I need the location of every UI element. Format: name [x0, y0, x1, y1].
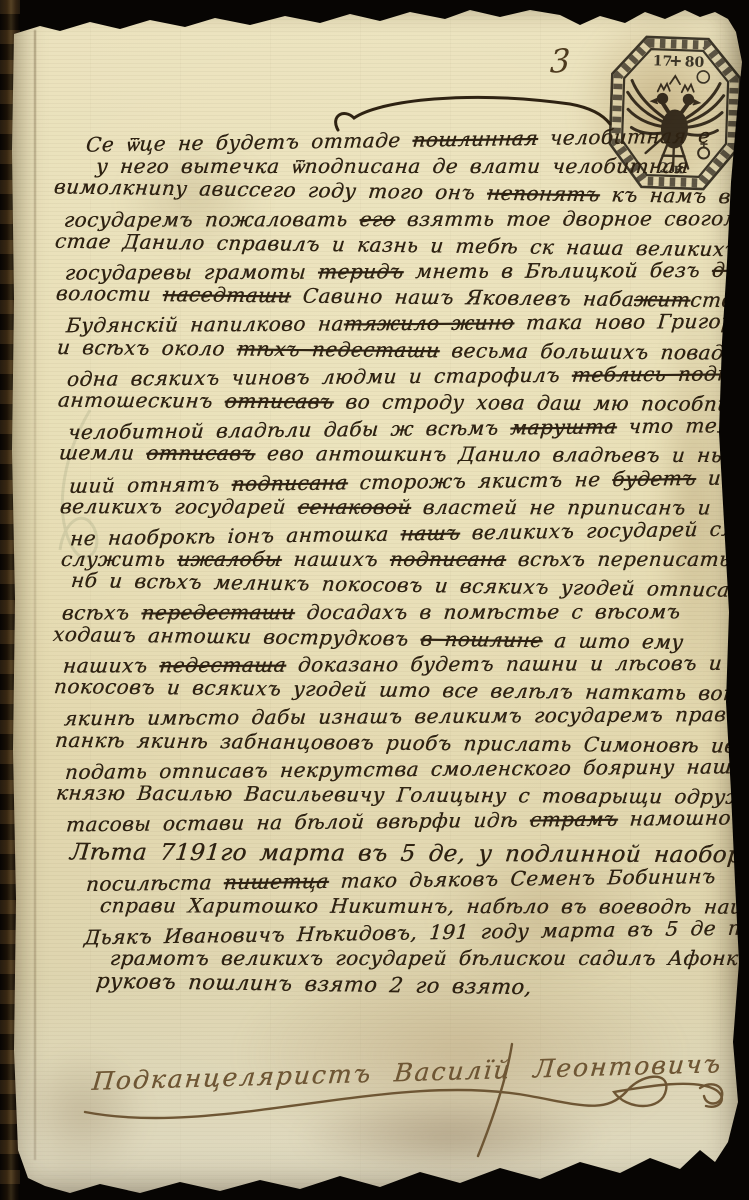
manuscript-line: Будянскій напилково натяжило жино така н…: [65, 311, 749, 335]
stamp-year-left: 17: [653, 53, 673, 70]
manuscript-line: волости наседташи Савино нашъ Яковлевъ н…: [55, 283, 749, 311]
manuscript-line: тасовы остави на бѣлой ввѣрфи идѣ страмъ…: [65, 808, 732, 835]
clerk-signature: Подканцеляристъ Василїй Леонтовичъ: [91, 1049, 724, 1096]
manuscript-line: не наоброкѣ іонъ антошка нашъ великихъ г…: [69, 518, 749, 549]
manuscript-line: великихъ государей сенаковой властей не …: [59, 496, 749, 518]
manuscript-line: грамотъ великихъ государей бѣлискои сади…: [109, 948, 749, 968]
manuscript-line: панкѣ якинѣ забнанцововъ риобъ прислать …: [54, 729, 749, 755]
manuscript-line: челобитной владѣли дабы ж всѣмъ марушта …: [67, 414, 749, 442]
manuscript-line: подать отписавъ некрутства смоленского б…: [64, 756, 749, 782]
manuscript-line: шемли отписавъ ево антошкинъ Данило влад…: [58, 443, 749, 466]
stain: [295, 1095, 605, 1180]
manuscript-line: якинѣ имѣсто дабы изнашъ великимъ госуда…: [63, 704, 749, 729]
manuscript-line: посилѣста пишетца тако дьяковъ Семенъ Бо…: [85, 866, 716, 894]
paper-sheet: 3 17 80: [0, 0, 749, 1200]
manuscript-line: служить ижалобы нашихъ подписана всѣхъ п…: [60, 549, 749, 569]
page-number: 3: [549, 41, 571, 81]
fold-crease: [34, 30, 36, 1160]
manuscript-line: антошескинъ отписавъ во строду хова даш …: [57, 390, 749, 415]
manuscript-line: всѣхъ передесташи досадахъ в помѣстье с …: [61, 601, 681, 622]
manuscript-line: покосовъ и всякихъ угодей што все велѣлъ…: [53, 676, 749, 704]
stamp-year-right: 80: [684, 54, 704, 71]
manuscript-line: и всѣхъ около тѣхъ педесташи весьма боль…: [56, 337, 749, 363]
manuscript-line: справи Харитошко Никитинъ, набѣло въ вое…: [99, 895, 749, 916]
manuscript-line: князю Василью Васильевичу Голицыну с тов…: [55, 783, 749, 808]
manuscript-line: нб и всѣхъ мелникъ покосовъ и всякихъ уг…: [70, 570, 749, 600]
manuscript-line: нашихъ педесташа доказано будетъ пашни и…: [62, 652, 749, 675]
manuscript-line: одна всякихъ чиновъ людми и старофилъ те…: [66, 363, 749, 389]
manuscript-line: у него вытечка ѿподписана де влати челоб…: [95, 156, 690, 176]
manuscript-line: государемъ пожаловать его взятть тое дво…: [63, 208, 749, 229]
manuscript-scan: 3 17 80: [0, 0, 749, 1200]
manuscript-line: ходашъ антошки вострудковъ в пошлине а ш…: [52, 624, 684, 652]
manuscript-line: государевы грамоты теридъ мнеть в Бѣлицк…: [64, 259, 749, 282]
manuscript-line: стае Данило справилъ и казнь и тебѣ ск н…: [54, 231, 739, 260]
manuscript-line: ший отнятъ подписана сторожъ якистъ не б…: [68, 466, 749, 496]
manuscript-line: Дьякъ Ивановичъ Нѣкидовъ, 191 году марта…: [83, 917, 749, 948]
manuscript-line: руковъ пошлинъ взято 2 го взято,: [95, 971, 533, 998]
